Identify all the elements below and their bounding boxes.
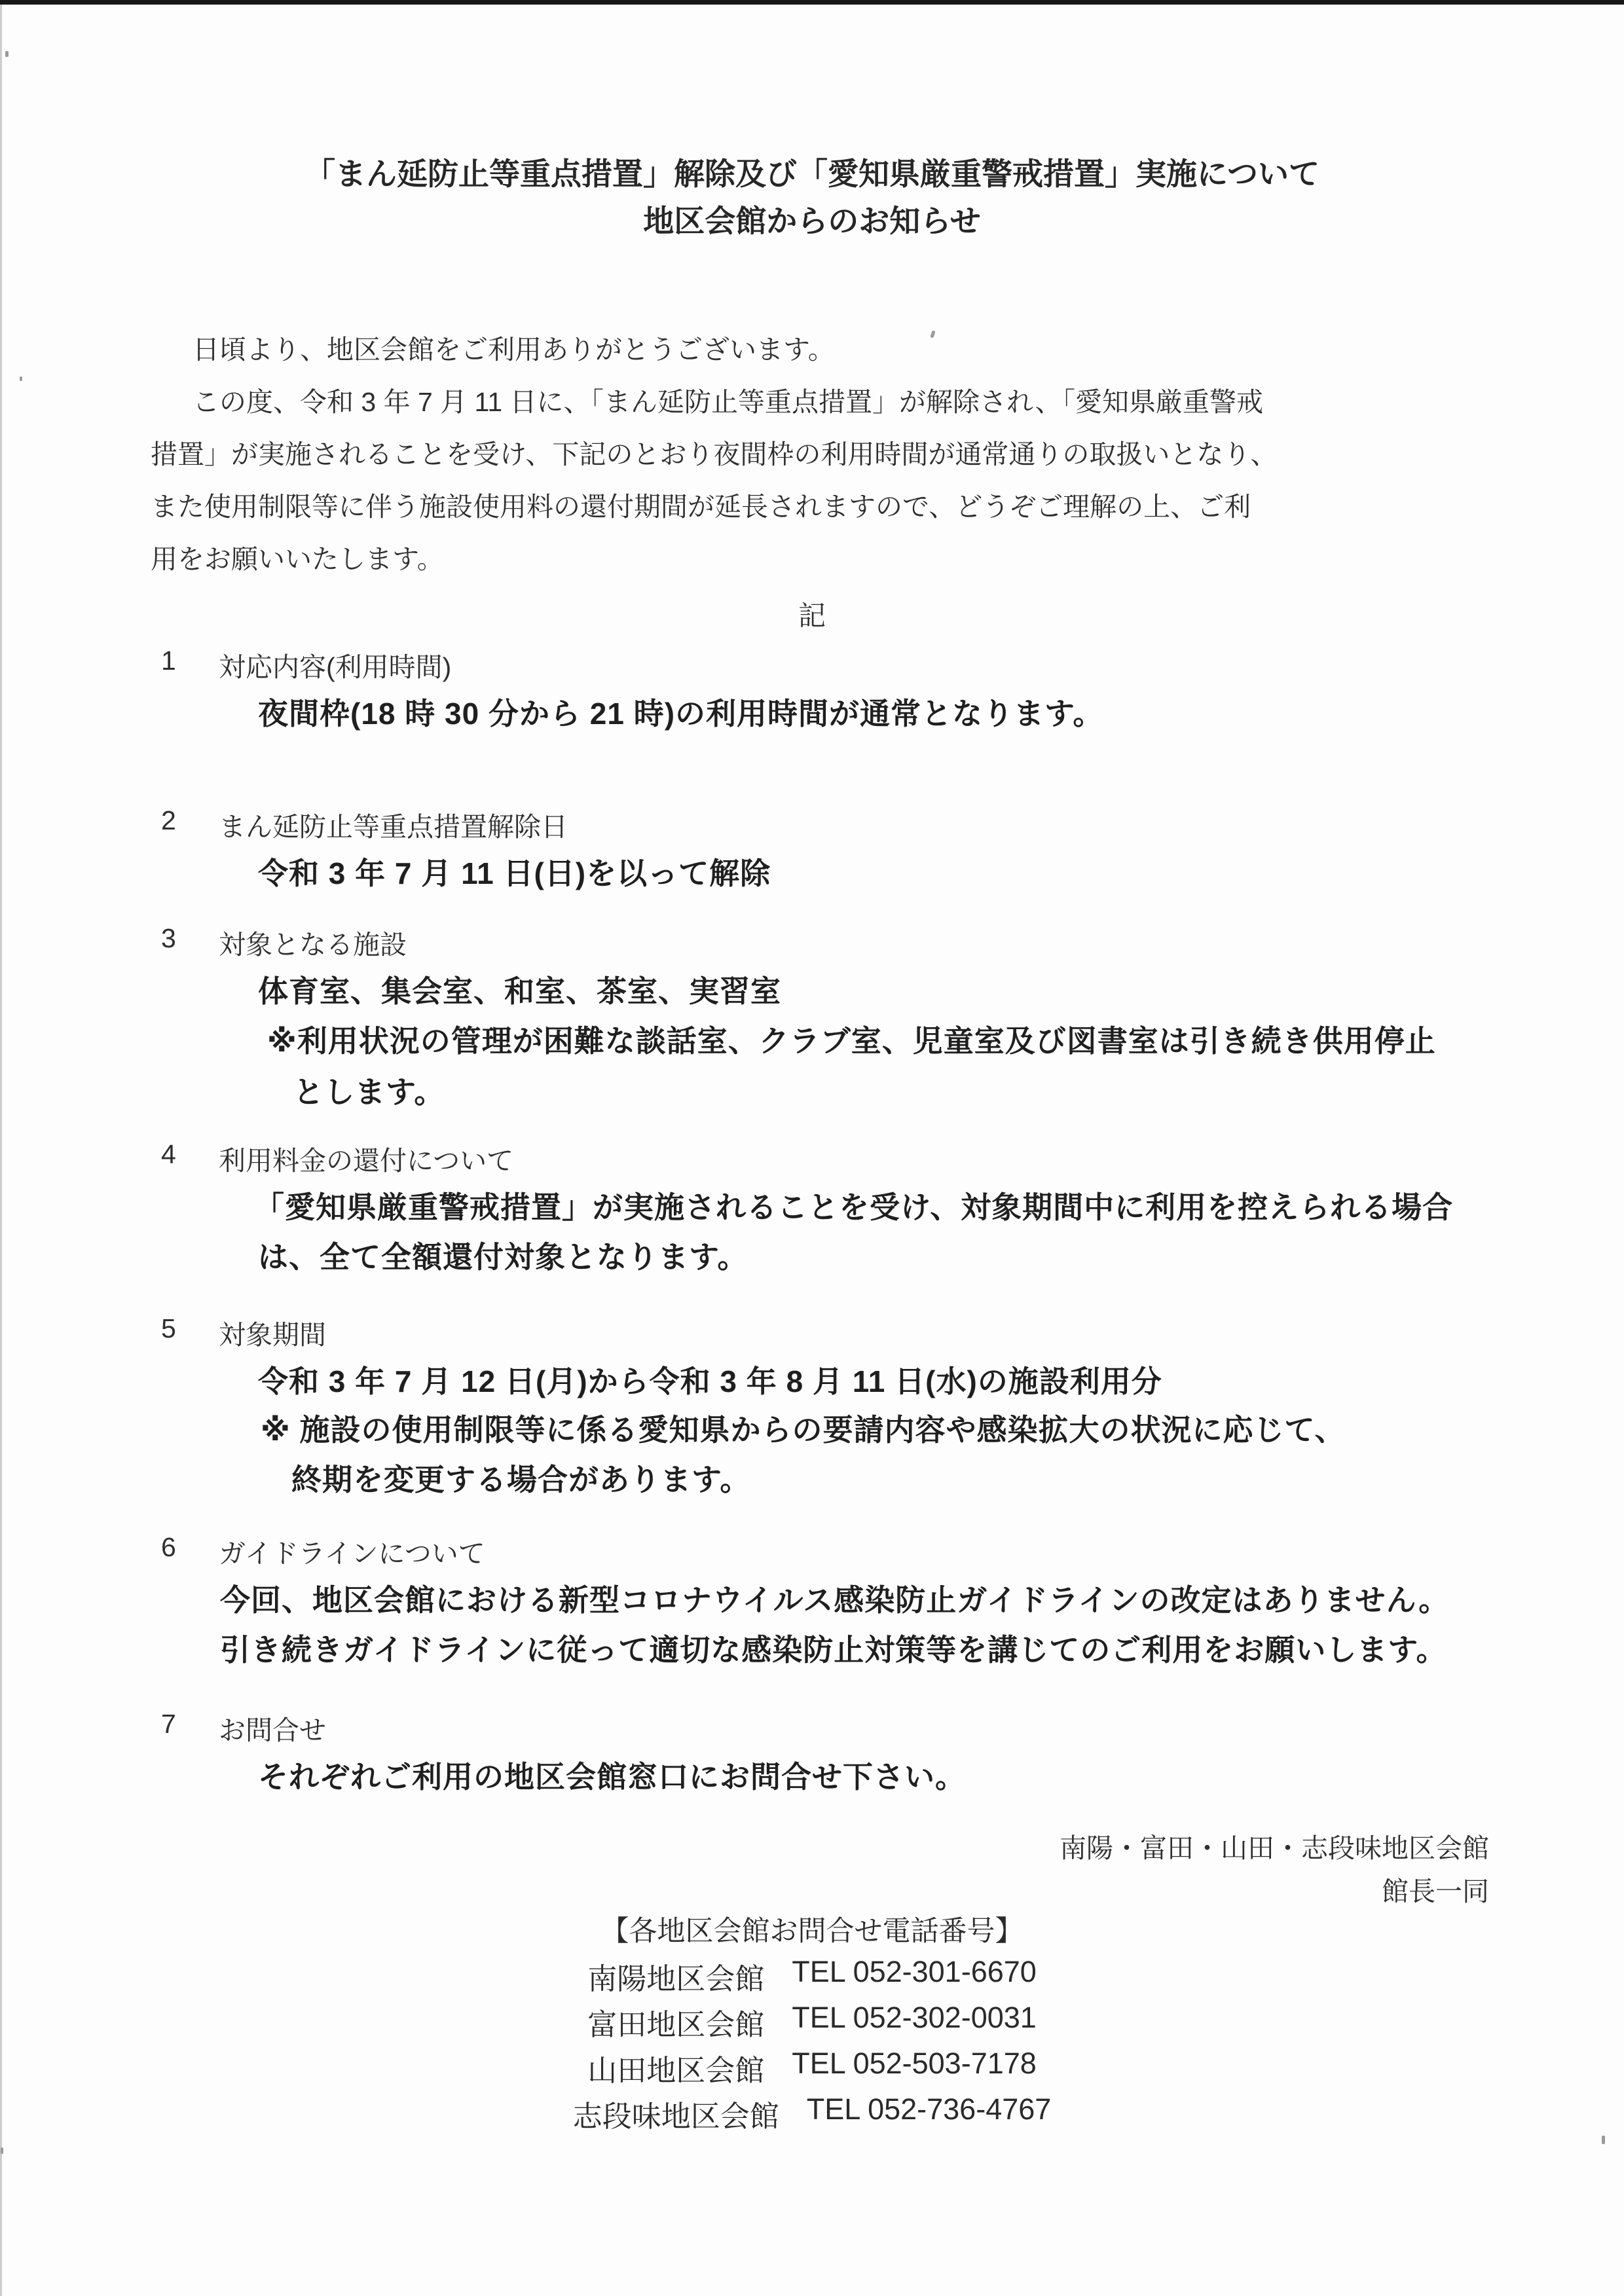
item-5-content-line: 令和 3 年 7 月 12 日(月)から令和 3 年 8 月 11 日(水)の施…: [258, 1358, 1162, 1401]
item-5-heading-row: 5 対象期間: [161, 1313, 326, 1352]
notice-title-line1: 「まん延防止等重点措置」解除及び「愛知県厳重警戒措置」実施について: [0, 151, 1624, 198]
item-5-note-continuation: 終期を変更する場合があります。: [291, 1456, 750, 1499]
item-5-note-line: ※ 施設の使用制限等に係る愛知県からの要請内容や感染拡大の状況に応じて、: [261, 1406, 1346, 1449]
scan-speck: [1602, 2136, 1605, 2144]
item-number: 3: [161, 923, 219, 962]
contact-tel: TEL 052-302-0031: [792, 2001, 1037, 2043]
signature-members: 館長一同: [1382, 1870, 1489, 1908]
scan-speck: [1, 2147, 3, 2154]
scan-left-edge: [0, 5, 2, 2296]
intro-line: この度、令和 3 年 7 月 11 日に、「まん延防止等重点措置」が解除され、「…: [151, 376, 1480, 428]
notice-title: 「まん延防止等重点措置」解除及び「愛知県厳重警戒措置」実施について 地区会館から…: [0, 151, 1624, 245]
item-heading: お問合せ: [219, 1709, 326, 1747]
item-2-content-line: 令和 3 年 7 月 11 日(日)を以って解除: [258, 850, 771, 893]
scan-speck: [20, 376, 22, 381]
item-3-note-line: ※利用状況の管理が困難な談話室、クラブ室、児童室及び図書室は引き続き供用停止: [267, 1017, 1436, 1061]
item-3-heading-row: 3 対象となる施設: [161, 923, 407, 962]
notice-title-line2: 地区会館からのお知らせ: [0, 198, 1624, 245]
item-1-content-line: 夜間枠(18 時 30 分から 21 時)の利用時間が通常となります。: [258, 690, 1103, 733]
item-3-content-line: 体育室、集会室、和室、茶室、実習室: [258, 968, 781, 1011]
item-heading: 対象期間: [219, 1313, 326, 1352]
intro-paragraph: 日頃より、地区会館をご利用ありがとうございます。 この度、令和 3 年 7 月 …: [151, 323, 1480, 585]
item-number: 5: [161, 1313, 219, 1352]
contact-name: 志段味地区会館: [573, 2092, 779, 2135]
contact-name: 富田地区会館: [587, 2001, 764, 2043]
item-heading: 対象となる施設: [219, 923, 407, 962]
item-6-content-line: 今回、地区会館における新型コロナウイルス感染防止ガイドラインの改定はありません。: [220, 1576, 1449, 1620]
item-heading: まん延防止等重点措置解除日: [219, 805, 568, 844]
contact-tel: TEL 052-301-6670: [792, 1955, 1037, 1997]
contact-row: 富田地区会館 TEL 052-302-0031: [0, 2001, 1624, 2043]
item-6-heading-row: 6 ガイドラインについて: [161, 1532, 485, 1571]
item-2-heading-row: 2 まん延防止等重点措置解除日: [161, 805, 568, 844]
scanned-notice-page: 「まん延防止等重点措置」解除及び「愛知県厳重警戒措置」実施について 地区会館から…: [0, 0, 1624, 2296]
item-heading: 対応内容(利用時間): [219, 646, 451, 684]
contact-row: 志段味地区会館 TEL 052-736-4767: [0, 2092, 1624, 2135]
item-4-heading-row: 4 利用料金の還付について: [161, 1139, 513, 1178]
item-7-heading-row: 7 お問合せ: [161, 1709, 326, 1747]
intro-line: 日頃より、地区会館をご利用ありがとうございます。: [151, 323, 1480, 376]
contact-tel: TEL 052-503-7178: [792, 2047, 1037, 2089]
item-7-content-line: それぞれご利用の地区会館窓口にお問合せ下さい。: [258, 1753, 966, 1796]
contact-row: 山田地区会館 TEL 052-503-7178: [0, 2047, 1624, 2089]
item-heading: ガイドラインについて: [219, 1532, 485, 1571]
scan-speck: [5, 51, 9, 57]
contact-row: 南陽地区会館 TEL 052-301-6670: [0, 1955, 1624, 1997]
item-number: 1: [161, 646, 219, 684]
contact-name: 山田地区会館: [587, 2047, 764, 2089]
scan-top-edge: [0, 0, 1624, 5]
item-6-content-line: 引き続きガイドラインに従って適切な感染防止対策等を講じてのご利用をお願いします。: [220, 1626, 1447, 1669]
item-3-note-continuation: とします。: [293, 1068, 445, 1112]
intro-line: 措置」が実施されることを受け、下記のとおり夜間枠の利用時間が通常通りの取扱いとな…: [151, 428, 1480, 481]
item-number: 4: [161, 1139, 219, 1178]
contacts-header: 【各地区会館お問合せ電話番号】: [0, 1909, 1624, 1949]
item-4-content-line: 「愛知県厳重警戒措置」が実施されることを受け、対象期間中に利用を控えられる場合: [254, 1184, 1453, 1227]
item-1-heading-row: 1 対応内容(利用時間): [161, 646, 451, 684]
contact-name: 南陽地区会館: [587, 1955, 764, 1997]
item-number: 7: [161, 1709, 219, 1747]
item-heading: 利用料金の還付について: [219, 1139, 513, 1178]
record-mark: 記: [0, 594, 1624, 634]
intro-line: 用をお願いいたします。: [151, 533, 1480, 585]
item-number: 6: [161, 1532, 219, 1571]
item-4-content-line: は、全て全額還付対象となります。: [258, 1233, 748, 1277]
item-number: 2: [161, 805, 219, 844]
contact-tel: TEL 052-736-4767: [807, 2092, 1052, 2135]
intro-line: また使用制限等に伴う施設使用料の還付期間が延長されますので、どうぞご理解の上、ご…: [151, 481, 1480, 533]
signature-org: 南陽・富田・山田・志段味地区会館: [1060, 1827, 1489, 1865]
